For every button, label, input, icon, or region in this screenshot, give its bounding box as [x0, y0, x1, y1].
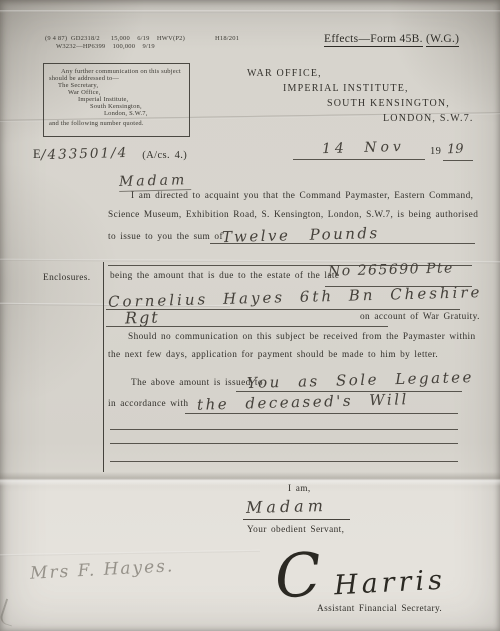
print-code-row1-right: H18/201 — [215, 35, 239, 42]
accordance-written: the deceased's Will — [197, 390, 409, 414]
closing-salutation-written: Madam — [246, 496, 327, 517]
accordance-fill-line — [185, 413, 458, 414]
closing-salutation-line — [243, 519, 350, 520]
para1-line1: I am directed to acquaint you that the C… — [131, 191, 473, 201]
accordance-printed: in accordance with — [108, 399, 188, 409]
estate-line-3 — [106, 326, 388, 327]
estate-printed: being the amount that is due to the esta… — [110, 271, 339, 281]
reference-suffix: (A/cs. 4.) — [142, 150, 187, 161]
signature-title: Assistant Financial Secretary. — [317, 604, 442, 614]
address-box-line: London, S.W.7, — [104, 110, 189, 117]
gratuity-printed: on account of War Gratuity. — [360, 312, 480, 322]
para2-line2: the next few days, application for payme… — [108, 350, 438, 360]
blank-line-2 — [110, 443, 458, 444]
reference-number: E/433501/4 (A/cs. 4.) — [33, 145, 187, 163]
date-line — [293, 159, 425, 160]
para1-line3: to issue to you the sum of — [108, 232, 223, 242]
signature: C Harris — [273, 534, 447, 613]
closing-i-am: I am, — [288, 484, 311, 494]
form-title-suffix: (W.G.) — [426, 33, 459, 47]
address-box-line: South Kensington, — [90, 103, 189, 110]
estate-written-3: Rgt — [125, 308, 160, 328]
addressee-written: Mrs F. Hayes. — [30, 556, 175, 584]
enclosures-label: Enclosures. — [43, 273, 91, 283]
para1-line2: Science Museum, Exhibition Road, S. Kens… — [108, 210, 478, 220]
para2-line1: Should no communication on this subject … — [128, 332, 476, 342]
form-title: Effects—Form 45B. (W.G.) — [324, 33, 459, 45]
pencil-marks — [0, 598, 20, 626]
date-written: 14 Nov — [322, 139, 405, 157]
office-address-line2: IMPERIAL INSTITUTE, — [283, 83, 409, 94]
scanned-letter: (9 4 87) GD2318/2 15,000 6/19 HWV(P2) H1… — [0, 0, 500, 631]
issued-written: You as Sole Legatee — [247, 368, 474, 392]
fold-main — [0, 472, 500, 486]
address-box-line: War Office, — [68, 89, 189, 96]
blank-line-1 — [110, 429, 458, 430]
date-year-printed: 19 — [430, 146, 441, 157]
print-code-row1: (9 4 87) GD2318/2 15,000 6/19 HWV(P2) — [45, 35, 185, 42]
margin-rule — [103, 262, 104, 472]
salutation-written: Madam — [119, 172, 192, 192]
crease-lower — [0, 550, 260, 557]
office-address-line3: SOUTH KENSINGTON, — [327, 98, 450, 109]
date-year-written: 19 — [447, 142, 464, 157]
address-box-line: Imperial Institute, — [78, 96, 189, 103]
crease-top — [0, 10, 500, 13]
issued-printed: The above amount is issued to — [131, 378, 263, 388]
reference-prefix: E — [33, 147, 41, 161]
address-box: Any further communication on this subjec… — [43, 63, 190, 137]
closing-servant: Your obedient Servant, — [247, 525, 344, 535]
office-address-line4: LONDON, S.W.7. — [383, 113, 474, 124]
blank-line-3 — [110, 461, 458, 462]
address-box-footer: and the following number quoted. — [49, 120, 189, 127]
address-box-line: The Secretary, — [58, 82, 189, 89]
form-title-main: Effects—Form 45B. — [324, 33, 423, 47]
print-code-row2: W3232—HP6399 100,000 9/19 — [56, 43, 155, 50]
date-year-line — [443, 160, 473, 161]
estate-written-1: No 265690 Pte — [328, 260, 454, 279]
estate-written-2: Cornelius Hayes 6th Bn Cheshire — [108, 283, 483, 311]
reference-number-written: /433501/4 — [41, 145, 129, 163]
office-address-line1: WAR OFFICE, — [247, 68, 322, 79]
address-box-intro: Any further communication on this subjec… — [49, 68, 184, 82]
